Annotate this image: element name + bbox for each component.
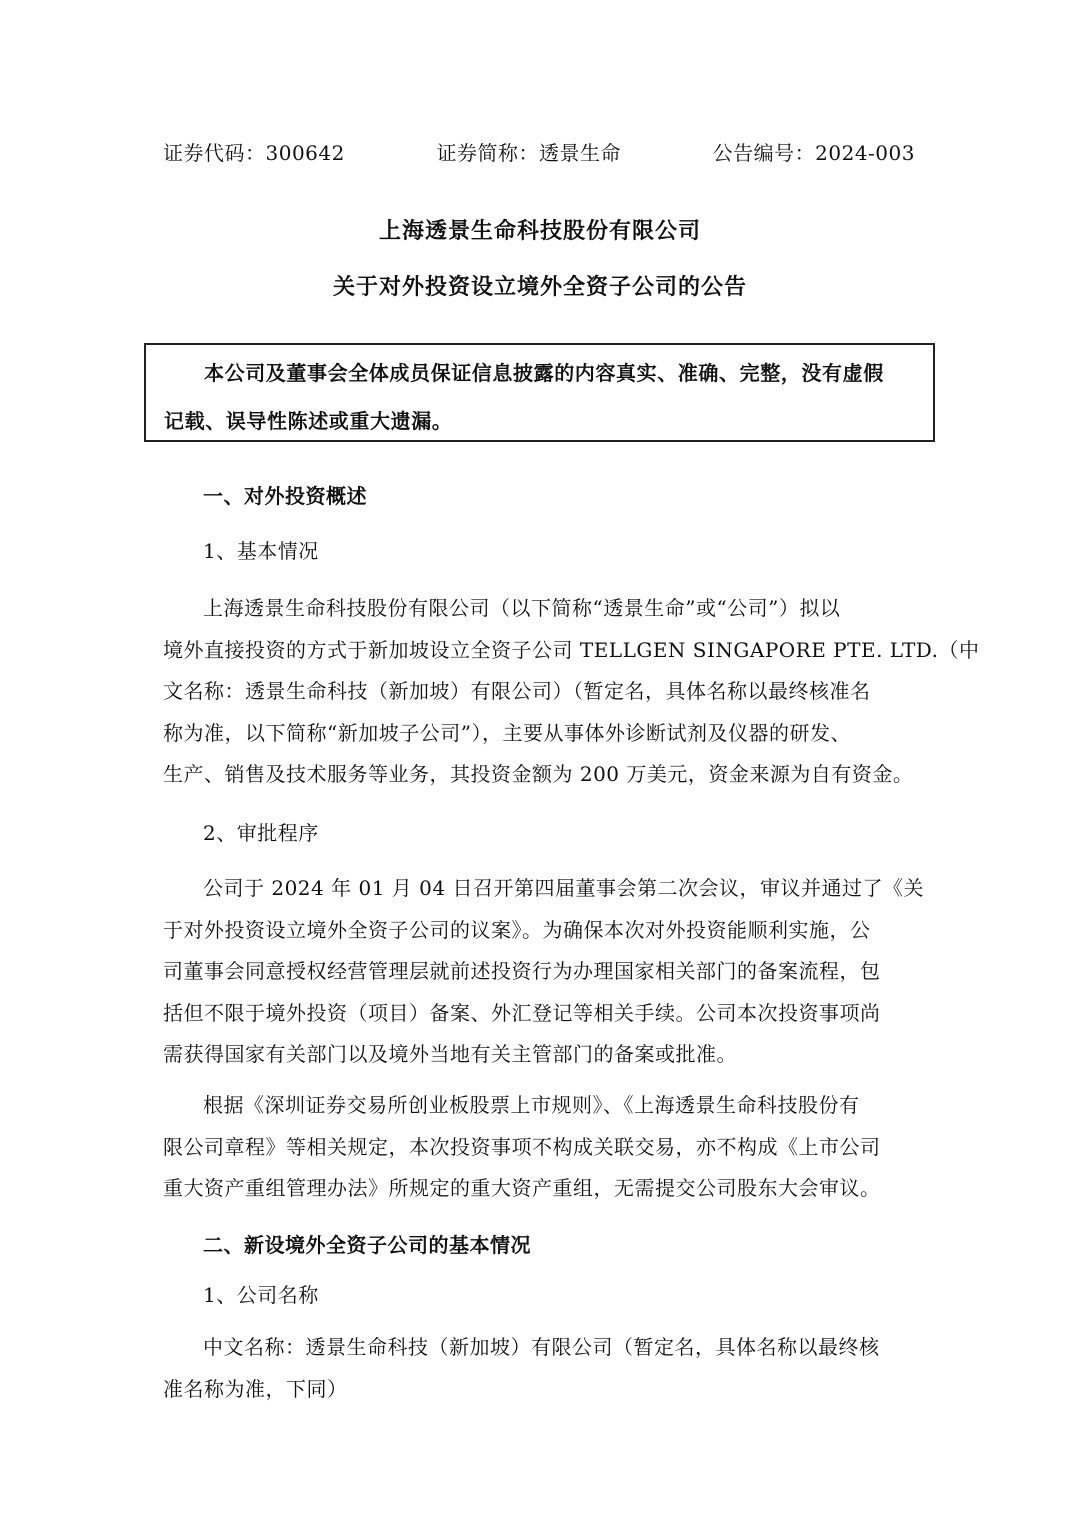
paragraph-line: 重大资产重组管理办法》所规定的重大资产重组，无需提交公司股东大会审议。 xyxy=(163,1168,915,1210)
paragraph-line: 称为准，以下简称“新加坡子公司”），主要从事体外诊断试剂及仪器的研发、 xyxy=(163,713,915,755)
disclaimer-line: 本公司及董事会全体成员保证信息披露的内容真实、准确、完整，没有虚假 xyxy=(164,349,917,397)
paragraph: 公司于 2024 年 01 月 04 日召开第四届董事会第二次会议，审议并通过了… xyxy=(163,868,915,1076)
subsection-heading: 2、审批程序 xyxy=(163,816,955,850)
paragraph: 中文名称：透景生命科技（新加坡）有限公司（暂定名，具体名称以最终核 准名称为准，… xyxy=(163,1327,915,1410)
paragraph-line: 中文名称：透景生命科技（新加坡）有限公司（暂定名，具体名称以最终核 xyxy=(163,1327,915,1369)
paragraph: 上海透景生命科技股份有限公司（以下简称“透景生命”或“公司”）拟以 境外直接投资… xyxy=(163,588,915,796)
notice-number: 公告编号：2024-003 xyxy=(713,136,915,170)
stock-code: 证券代码：300642 xyxy=(163,136,345,170)
paragraph-line: 境外直接投资的方式于新加坡设立全资子公司 TELLGEN SINGAPORE P… xyxy=(163,630,915,672)
paragraph-line: 上海透景生命科技股份有限公司（以下简称“透景生命”或“公司”）拟以 xyxy=(163,588,915,630)
paragraph-line: 括但不限于境外投资（项目）备案、外汇登记等相关手续。公司本次投资事项尚 xyxy=(163,993,915,1035)
section-heading: 二、新设境外全资子公司的基本情况 xyxy=(163,1228,955,1262)
paragraph-line: 司董事会同意授权经营管理层就前述投资行为办理国家相关部门的备案流程，包 xyxy=(163,951,915,993)
paragraph-line: 生产、销售及技术服务等业务，其投资金额为 200 万美元，资金来源为自有资金。 xyxy=(163,754,915,796)
disclaimer-line: 记载、误导性陈述或重大遗漏。 xyxy=(164,397,917,445)
paragraph-line: 根据《深圳证券交易所创业板股票上市规则》、《上海透景生命科技股份有 xyxy=(163,1085,915,1127)
paragraph-line: 公司于 2024 年 01 月 04 日召开第四届董事会第二次会议，审议并通过了… xyxy=(163,868,915,910)
paragraph-line: 于对外投资设立境外全资子公司的议案》。为确保本次对外投资能顺利实施，公 xyxy=(163,910,915,952)
document-page: 证券代码：300642 证券简称：透景生命 公告编号：2024-003 上海透景… xyxy=(0,0,1080,1527)
disclaimer-box: 本公司及董事会全体成员保证信息披露的内容真实、准确、完整，没有虚假 记载、误导性… xyxy=(144,343,935,442)
document-header: 证券代码：300642 证券简称：透景生命 公告编号：2024-003 xyxy=(163,136,915,170)
paragraph: 根据《深圳证券交易所创业板股票上市规则》、《上海透景生命科技股份有 限公司章程》… xyxy=(163,1085,915,1210)
paragraph-line: 需获得国家有关部门以及境外当地有关主管部门的备案或批准。 xyxy=(163,1034,915,1076)
paragraph-line: 准名称为准，下同） xyxy=(163,1369,915,1411)
section-heading: 一、对外投资概述 xyxy=(163,479,955,513)
subsection-heading: 1、公司名称 xyxy=(163,1278,955,1312)
subsection-heading: 1、基本情况 xyxy=(163,534,955,568)
announcement-title: 关于对外投资设立境外全资子公司的公告 xyxy=(0,270,1080,301)
stock-abbreviation: 证券简称：透景生命 xyxy=(437,136,622,170)
paragraph-line: 限公司章程》等相关规定，本次投资事项不构成关联交易，亦不构成《上市公司 xyxy=(163,1127,915,1169)
company-title: 上海透景生命科技股份有限公司 xyxy=(0,214,1080,245)
paragraph-line: 文名称：透景生命科技（新加坡）有限公司）（暂定名，具体名称以最终核准名 xyxy=(163,671,915,713)
